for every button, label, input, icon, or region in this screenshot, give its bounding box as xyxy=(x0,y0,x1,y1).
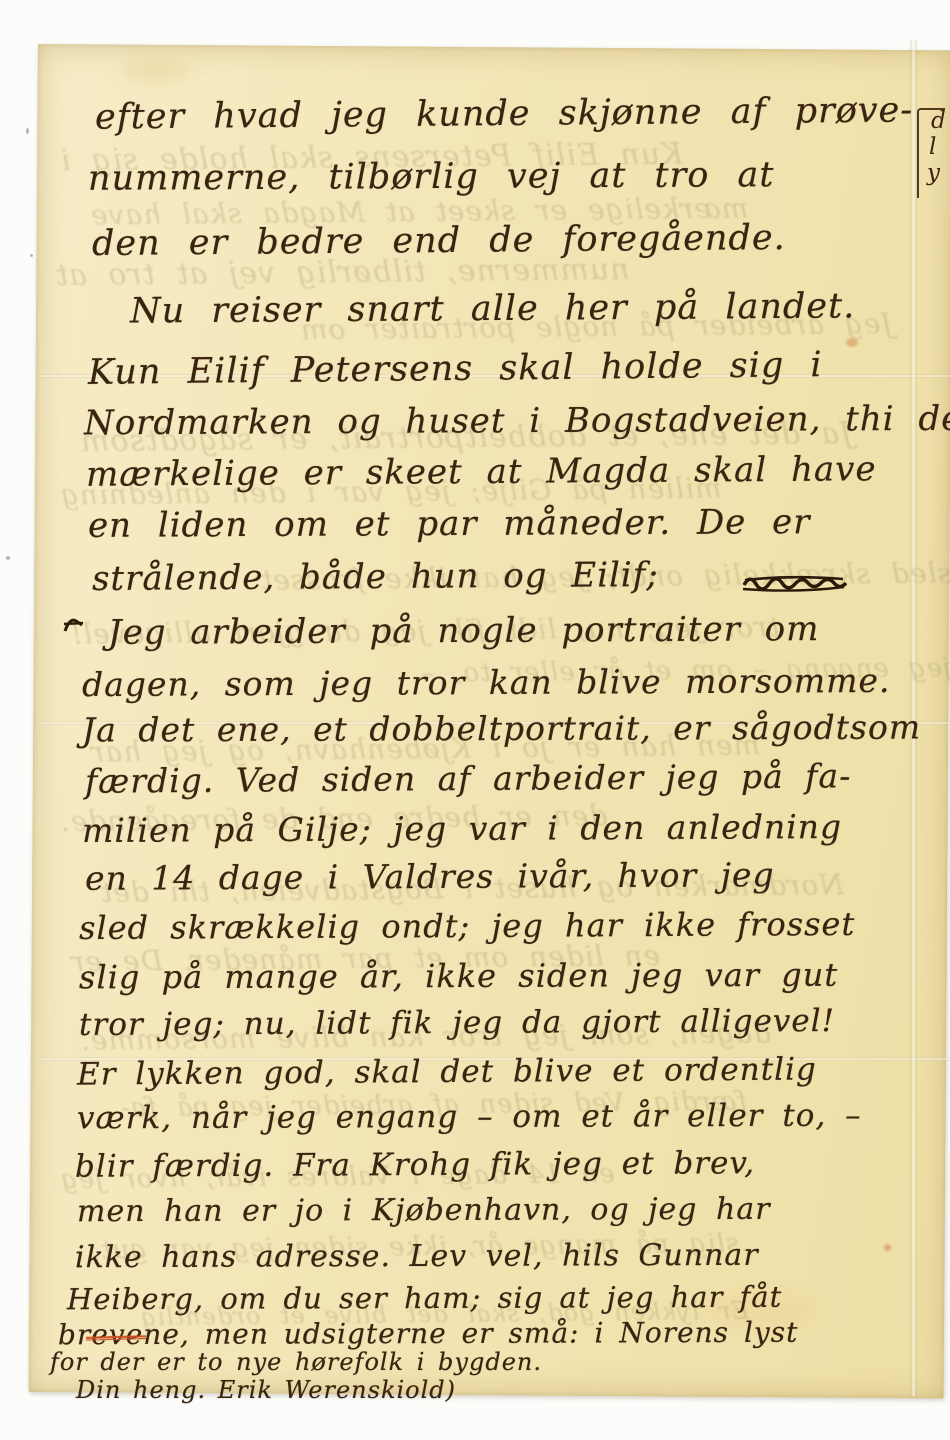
signature: Din heng. Erik Werenskiold) xyxy=(76,1376,456,1404)
handwritten-line: efter hvad jeg kunde skjønne af prøve- xyxy=(95,90,913,137)
handwritten-line: blir færdig. Fra Krohg fik jeg et brev, xyxy=(75,1145,755,1185)
handwritten-line: Ja det ene, et dobbeltportrait, er sågod… xyxy=(82,708,921,750)
handwritten-line: sled skrækkelig ondt; jeg har ikke fross… xyxy=(79,905,855,947)
handwritten-line: slig på mange år, ikke siden jeg var gut xyxy=(79,956,838,997)
adjacent-page-fragment: y xyxy=(927,160,940,186)
scanner-speck xyxy=(30,254,33,257)
handwritten-line: tror jeg; nu, lidt fik jeg da gjort alli… xyxy=(79,1003,835,1043)
handwritten-line: Kun Eilif Petersens skal holde sig i xyxy=(88,345,823,393)
adjacent-page-fragment: d xyxy=(931,108,946,134)
handwritten-line: den er bedre end de foregående. xyxy=(92,218,786,264)
handwritten-line: dagen, som jeg tror kan blive morsomme. xyxy=(82,661,891,704)
handwritten-line: men han er jo i Kjøbenhavn, og jeg har xyxy=(77,1192,771,1229)
handwritten-line: mærkelige er skeet at Magda skal have xyxy=(86,449,877,495)
handwritten-line: værk, når jeg engang – om et år eller to… xyxy=(77,1098,862,1137)
handwritten-line: brevene, men udsigterne er små: i Norens… xyxy=(58,1316,798,1352)
handwritten-line: en 14 dage i Valdres ivår, hvor jeg xyxy=(85,855,775,898)
scanned-letter-background: Kun Eilif Petersens skal holde sig imærk… xyxy=(0,0,950,1440)
handwritten-line: en liden om et par måneder. De er xyxy=(88,502,811,546)
closing-line: for der er to nye hørefolk i bygden. xyxy=(50,1348,542,1376)
handwritten-line: nummerne, tilbørlig vej at tro at xyxy=(88,155,775,199)
handwritten-line: Nu reiser snart alle her på landet. xyxy=(130,286,856,331)
adjacent-page-fragment: l xyxy=(929,134,936,160)
scanner-speck xyxy=(26,128,29,134)
handwritten-line: strålende, både hun og Eilif; xyxy=(92,555,659,599)
struck-false-start xyxy=(62,615,84,639)
scanner-speck xyxy=(6,556,10,560)
handwritten-line: færdig. Ved siden af arbeider jeg på fa- xyxy=(85,756,852,800)
handwritten-line: Jeg arbeider på nogle portraiter om xyxy=(108,609,820,653)
handwritten-line: Heiberg, om du ser ham; sig at jeg har f… xyxy=(67,1280,782,1316)
handwritten-line: Er lykken god, skal det blive et ordentl… xyxy=(77,1051,817,1092)
handwritten-line: Nordmarken og huset i Bogstadveien, thi … xyxy=(84,399,950,444)
crossed-out-word xyxy=(741,570,847,600)
closing-row: for der er to nye hørefolk i bygden. Din… xyxy=(50,1348,950,1404)
handwritten-line: milien på Gilje; jeg var i den anledning xyxy=(82,807,842,850)
handwritten-line: ikke hans adresse. Lev vel, hils Gunnar xyxy=(75,1238,759,1275)
